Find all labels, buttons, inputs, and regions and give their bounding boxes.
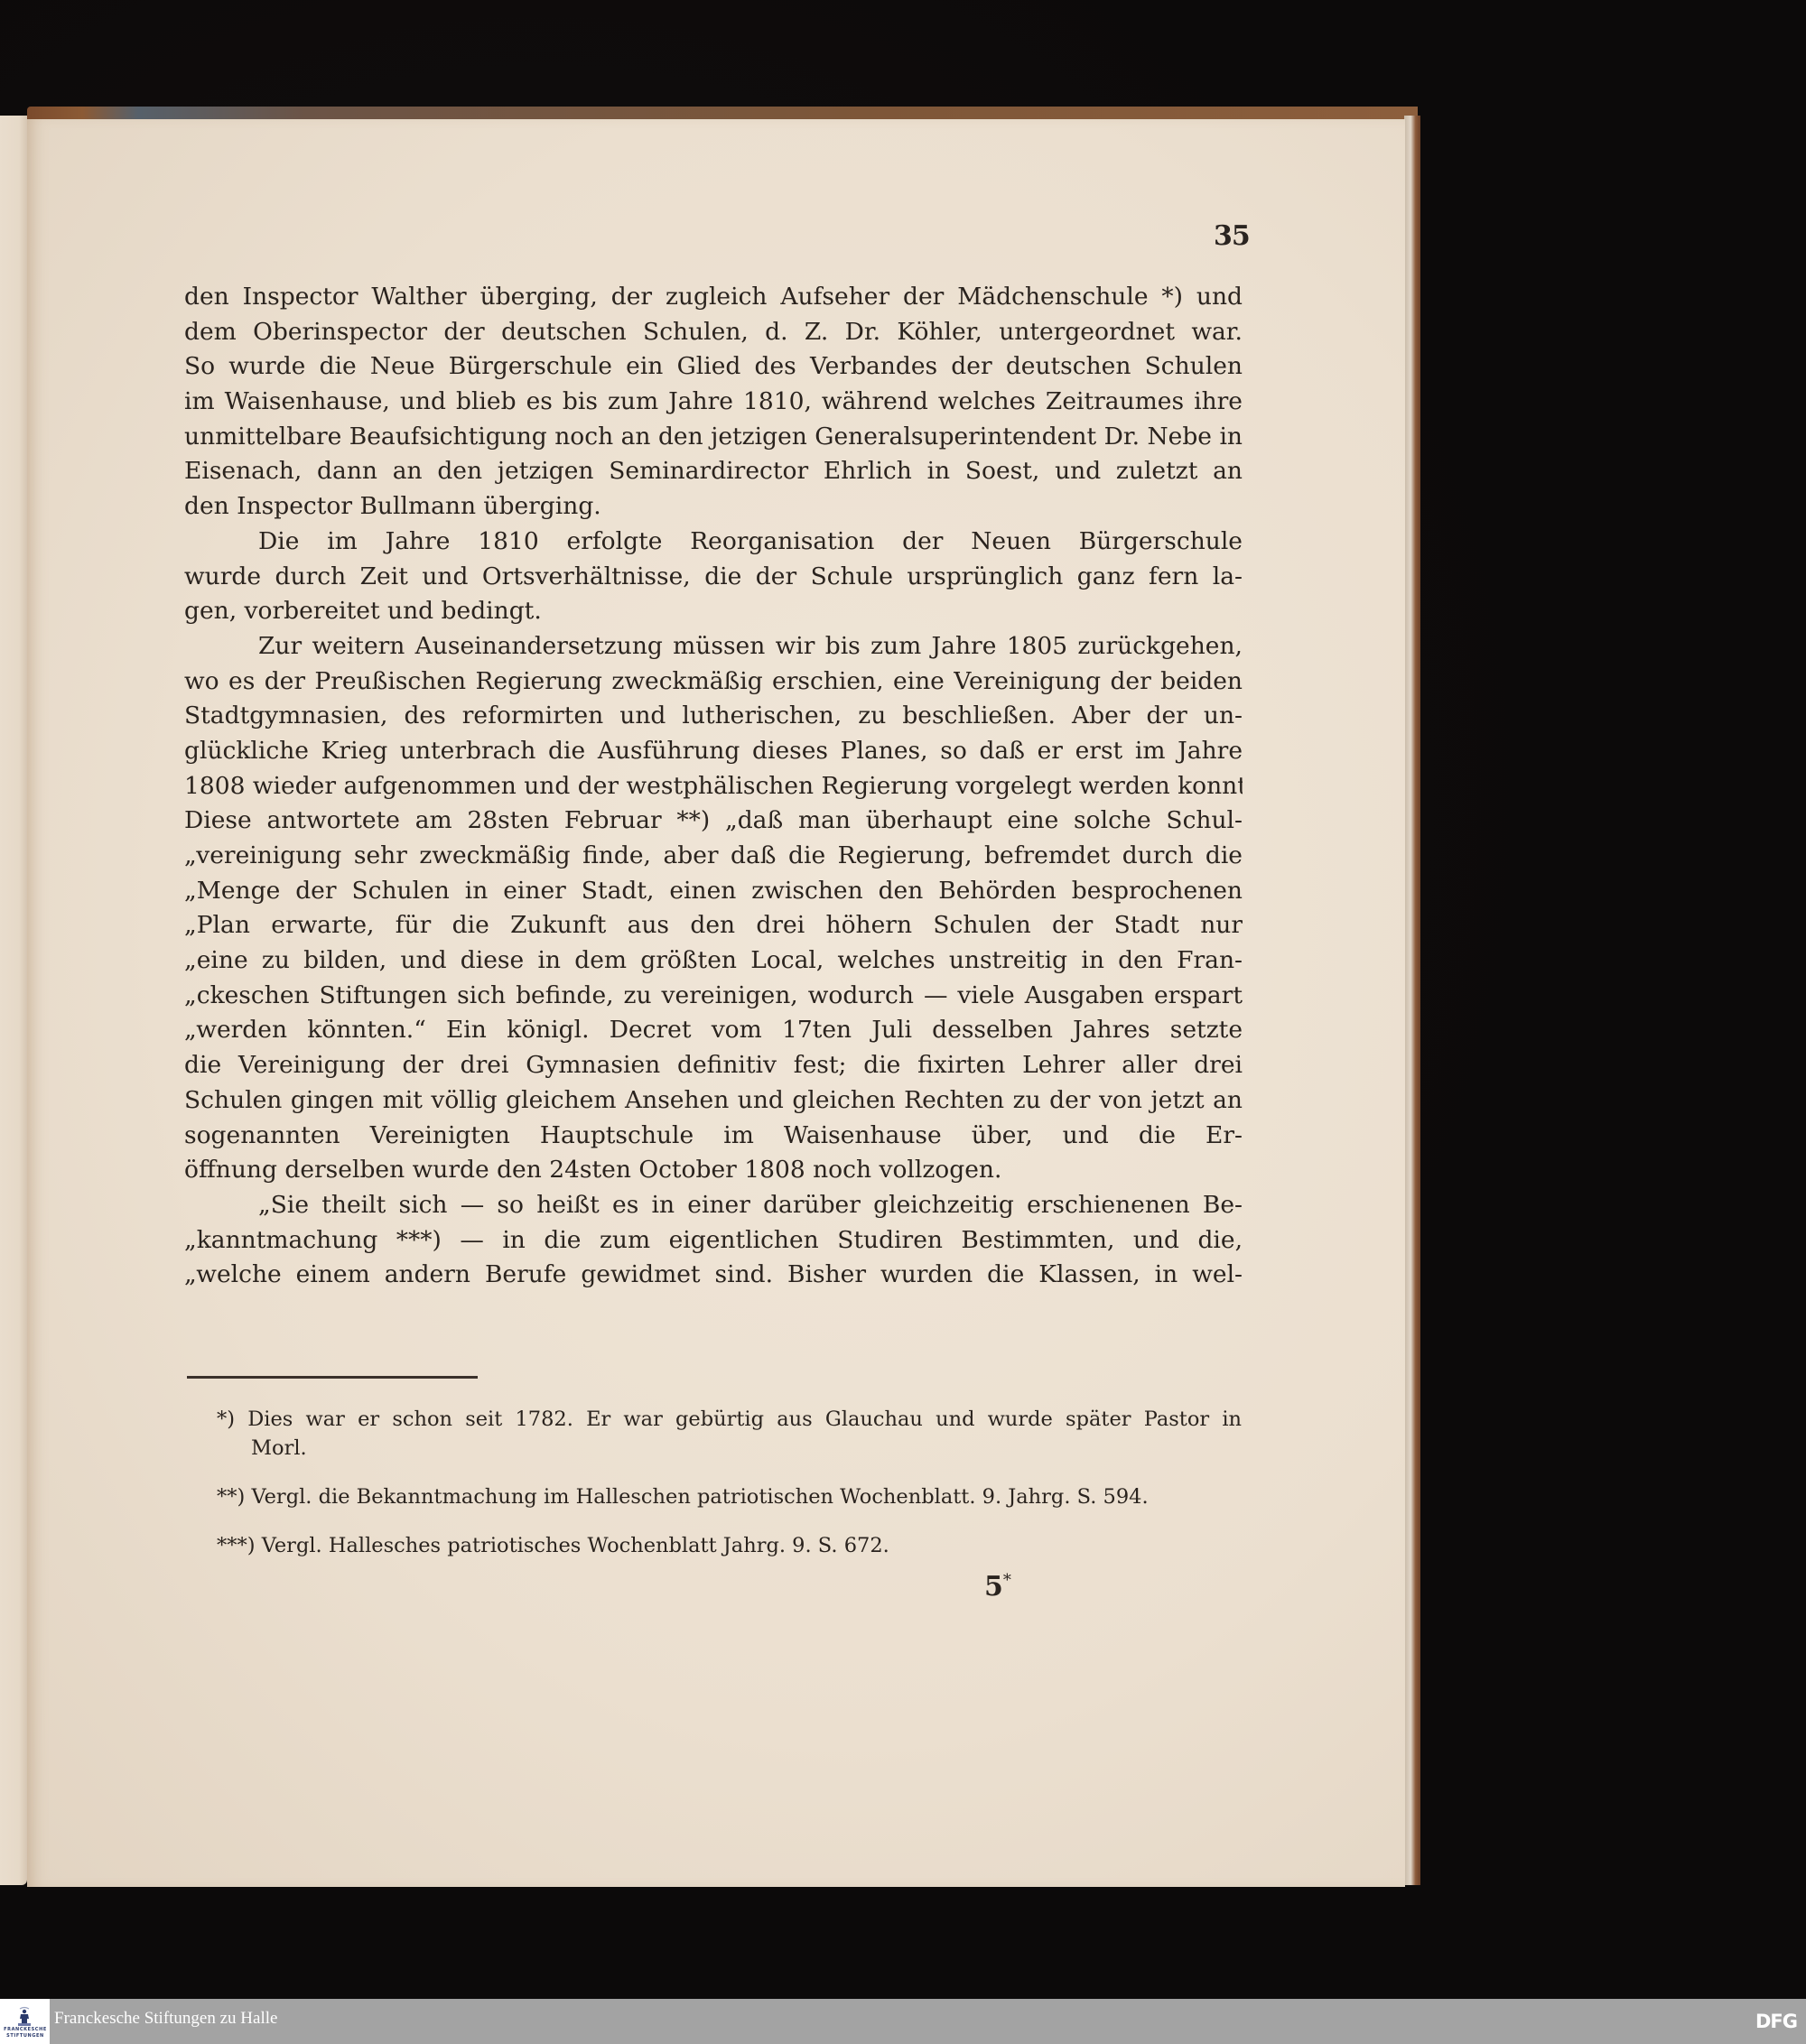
signature-star: * (1003, 1571, 1011, 1590)
footnote-text: Vergl. die Bekanntmachung im Halleschen … (251, 1485, 1148, 1509)
footnotes: *) Dies war er schon seit 1782. Er war g… (217, 1405, 1242, 1580)
book-binding-top-edge (27, 107, 1418, 119)
signature-number: 5 (984, 1571, 1003, 1603)
text-line: Schulen gingen mit völlig gleichem Anseh… (184, 1083, 1243, 1119)
text-line: „eine zu bilden, und diese in dem größte… (184, 943, 1243, 979)
institution-name: Franckesche Stiftungen zu Halle (54, 2009, 277, 2029)
body-text: den Inspector Walther überging, der zugl… (184, 280, 1243, 1293)
paragraph-start: Zur weitern Auseinandersetzung müssen wi… (184, 629, 1243, 664)
paragraph-start: „Sie theilt sich — so heißt es in einer … (184, 1188, 1243, 1223)
text-line: unmittelbare Beaufsichtigung noch an den… (184, 420, 1243, 455)
book-cover-right-edge (1404, 116, 1420, 1885)
text-line: Stadtgymnasien, des reformirten und luth… (184, 699, 1243, 734)
page-number: 35 (1214, 220, 1250, 252)
footnote-text: Dies war er schon seit 1782. Er war gebü… (247, 1408, 1242, 1431)
text-line: den Inspector Walther überging, der zugl… (184, 280, 1243, 315)
logo-caption: FRANCKESCHE STIFTUNGEN (2, 2027, 49, 2039)
footnote-divider (187, 1376, 478, 1379)
footnote-2: **) Vergl. die Bekanntmachung im Hallesc… (217, 1482, 1242, 1511)
text-line: „ckeschen Stiftungen sich befinde, zu ve… (184, 979, 1243, 1014)
text-line: die Vereinigung der drei Gymnasien defin… (184, 1048, 1243, 1083)
text-line: „kanntmachung ***) — in die zum eigentli… (184, 1223, 1243, 1259)
text-line: glückliche Krieg unterbrach die Ausführu… (184, 734, 1243, 769)
text-line: So wurde die Neue Bürgerschule ein Glied… (184, 349, 1243, 385)
footnote-text: Morl. (217, 1434, 1242, 1463)
dfg-logo[interactable]: DFG (1755, 2011, 1797, 2032)
footnote-marker: **) (217, 1485, 245, 1509)
text-line: wurde durch Zeit und Ortsverhältnisse, d… (184, 560, 1243, 595)
text-line: wo es der Preußischen Regierung zweckmäß… (184, 664, 1243, 700)
text-line: „vereinigung sehr zweckmäßig finde, aber… (184, 839, 1243, 874)
footnote-marker: *) (217, 1408, 235, 1431)
text-line: dem Oberinspector der deutschen Schulen,… (184, 315, 1243, 350)
text-line: „werden könnten.“ Ein königl. Decret vom… (184, 1013, 1243, 1048)
footnote-marker: ***) (217, 1534, 256, 1557)
text-line: den Inspector Bullmann überging. (184, 489, 1243, 525)
footnote-3: ***) Vergl. Hallesches patriotisches Woc… (217, 1531, 1242, 1560)
footnote-text: Vergl. Hallesches patriotisches Wochenbl… (262, 1534, 889, 1557)
left-page-edge (0, 116, 27, 1885)
viewer-footer-bar: FRANCKESCHE STIFTUNGEN Franckesche Stift… (0, 1999, 1806, 2044)
text-line: 1808 wieder aufgenommen und der westphäl… (184, 769, 1243, 804)
text-line: im Waisenhause, und blieb es bis zum Jah… (184, 385, 1243, 420)
printer-signature-mark: 5* (984, 1571, 1011, 1603)
footnote-1: *) Dies war er schon seit 1782. Er war g… (217, 1405, 1242, 1463)
text-line: „Plan erwarte, für die Zukunft aus den d… (184, 908, 1243, 943)
text-line: öffnung derselben wurde den 24sten Octob… (184, 1153, 1243, 1188)
franckesche-stiftungen-logo[interactable]: FRANCKESCHE STIFTUNGEN (0, 1999, 50, 2044)
text-line: „Menge der Schulen in einer Stadt, einen… (184, 874, 1243, 909)
paragraph-start: Die im Jahre 1810 erfolgte Reorganisatio… (184, 525, 1243, 560)
founder-statue-icon (16, 2006, 33, 2026)
text-line: Diese antwortete am 28sten Februar **) „… (184, 804, 1243, 839)
text-line: „welche einem andern Berufe gewidmet sin… (184, 1258, 1243, 1293)
text-line: sogenannten Vereinigten Hauptschule im W… (184, 1119, 1243, 1154)
text-line: gen, vorbereitet und bedingt. (184, 594, 1243, 629)
text-line: Eisenach, dann an den jetzigen Seminardi… (184, 454, 1243, 489)
